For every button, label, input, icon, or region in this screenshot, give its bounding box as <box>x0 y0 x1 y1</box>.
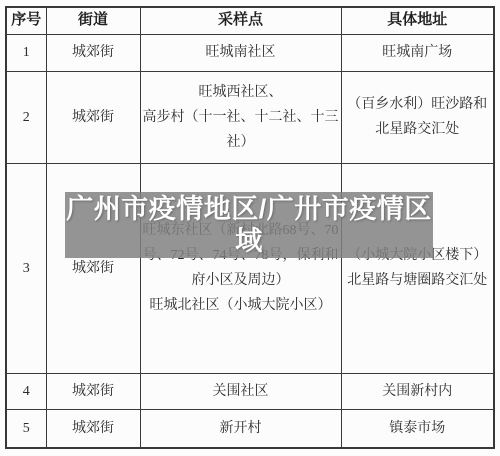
col-header-address: 具体地址 <box>341 7 494 34</box>
street-cell: 城郊街 <box>46 34 140 71</box>
address-cell: 镇泰市场 <box>341 409 494 448</box>
address-cell: （百乡水利）旺沙路和北星路交汇处 <box>341 71 494 163</box>
address-cell: 关围新村内 <box>341 373 494 409</box>
site-line: 新开村 <box>143 416 339 441</box>
site-cell: 关围社区 <box>140 373 341 409</box>
site-line: 关围社区 <box>143 379 339 404</box>
table-row: 2 城郊街 旺城西社区、 高步村（十一社、十二社、十三社） （百乡水利）旺沙路和… <box>6 71 494 163</box>
street-cell: 城郊街 <box>46 373 140 409</box>
table-row: 4 城郊街 关围社区 关围新村内 <box>6 373 494 409</box>
address-cell: 旺城南广场 <box>341 34 494 71</box>
site-cell: 旺城西社区、 高步村（十一社、十二社、十三社） <box>140 71 341 163</box>
col-header-street: 街道 <box>46 7 140 34</box>
site-line: 旺城南社区 <box>143 40 339 65</box>
watermark-title-line2: 域 <box>235 225 263 257</box>
site-line: 高步村（十一社、十二社、十三社） <box>143 105 339 155</box>
watermark-title-line1: 广州市疫情地区/广卅市疫情区 <box>66 193 432 225</box>
row-number-cell: 4 <box>6 373 46 409</box>
watermark-overlay: 广州市疫情地区/广卅市疫情区 域 <box>65 192 433 258</box>
row-number-cell: 5 <box>6 409 46 448</box>
site-cell: 新开村 <box>140 409 341 448</box>
street-cell: 城郊街 <box>46 71 140 163</box>
col-header-site: 采样点 <box>140 7 341 34</box>
header-row: 序号 街道 采样点 具体地址 <box>6 7 494 34</box>
site-line: 旺城北社区（小城大院小区） <box>143 293 339 318</box>
table-row: 5 城郊街 新开村 镇泰市场 <box>6 409 494 448</box>
table-row: 1 城郊街 旺城南社区 旺城南广场 <box>6 34 494 71</box>
row-number-cell: 1 <box>6 34 46 71</box>
col-header-no: 序号 <box>6 7 46 34</box>
site-line: 旺城西社区、 <box>143 80 339 105</box>
row-number-cell: 3 <box>6 163 46 373</box>
row-number-cell: 2 <box>6 71 46 163</box>
page: 序号 街道 采样点 具体地址 1 城郊街 旺城南社区 旺城南广场 2 城郊街 旺… <box>0 0 500 456</box>
street-cell: 城郊街 <box>46 409 140 448</box>
site-cell: 旺城南社区 <box>140 34 341 71</box>
